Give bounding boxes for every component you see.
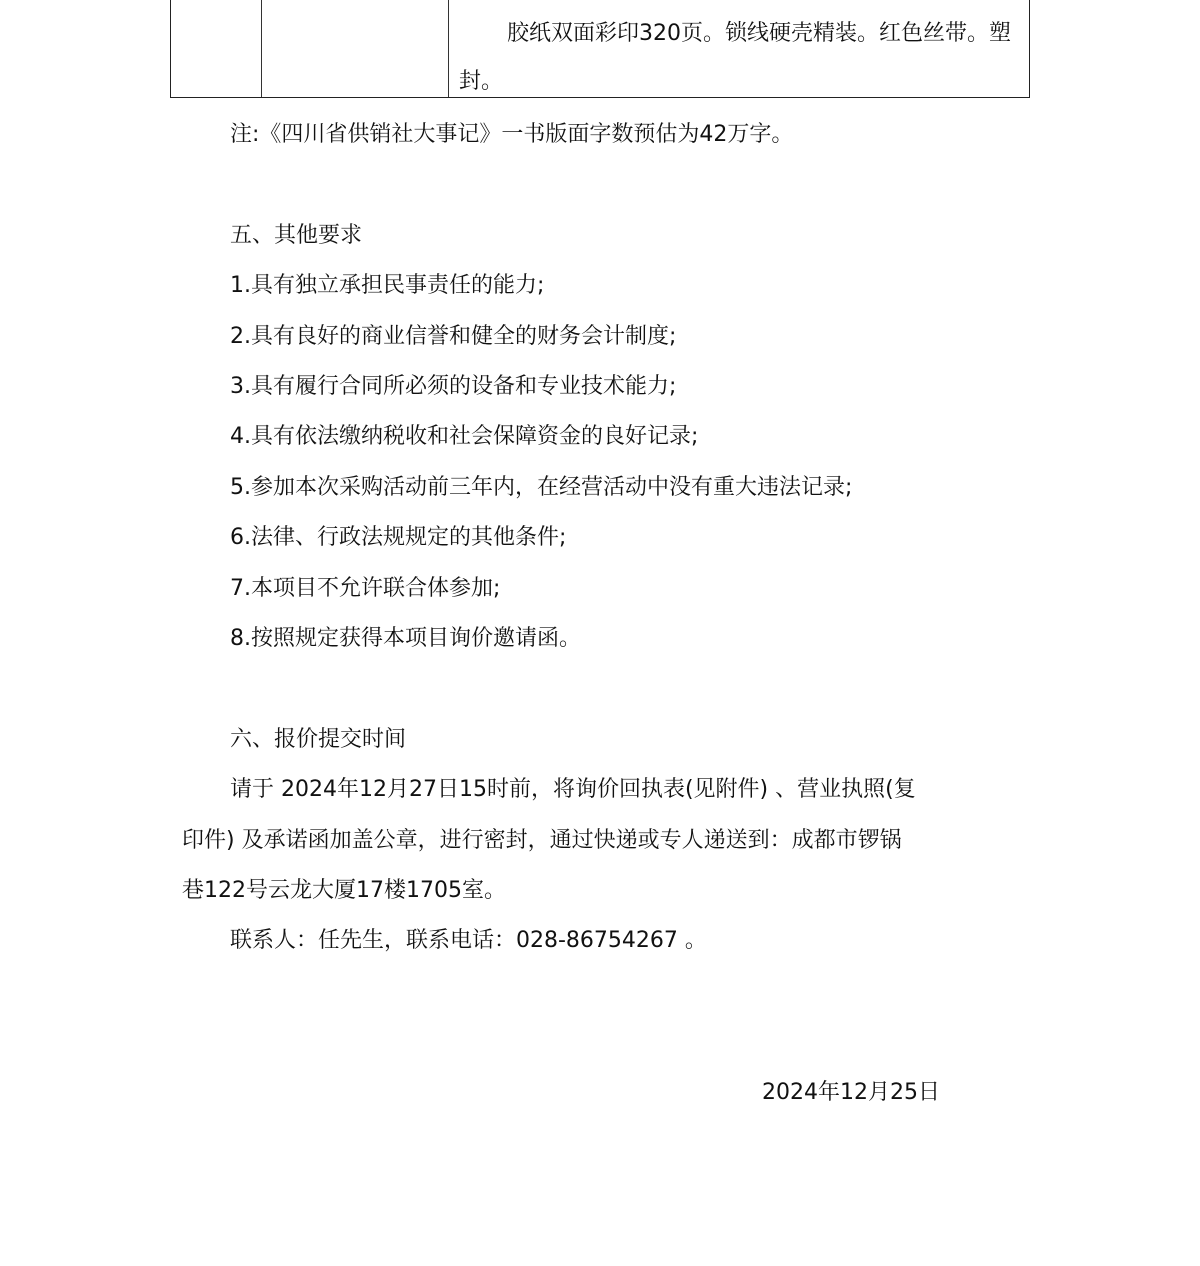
document-date: 2024年12月25日 xyxy=(762,1078,940,1108)
note-text: 注:《四川省供销社大事记》一书版面字数预估为42万字。 xyxy=(230,120,793,150)
submission-paragraph-line: 巷122号云龙大厦17楼1705室。 xyxy=(182,876,506,906)
requirement-item: 3.具有履行合同所必须的设备和专业技术能力; xyxy=(230,372,676,402)
requirement-item: 6.法律、行政法规规定的其他条件; xyxy=(230,523,566,553)
table-column-divider xyxy=(448,0,449,97)
requirement-item: 1.具有独立承担民事责任的能力; xyxy=(230,271,544,301)
requirement-item: 8.按照规定获得本项目询价邀请函。 xyxy=(230,624,581,654)
section5-heading: 五、其他要求 xyxy=(230,221,362,251)
table-column-divider xyxy=(261,0,262,97)
requirement-item: 7.本项目不允许联合体参加; xyxy=(230,574,500,604)
contact-info: 联系人：任先生，联系电话：028-86754267 。 xyxy=(230,926,707,956)
submission-paragraph-line: 印件) 及承诺函加盖公章，进行密封，通过快递或专人递送到：成都市锣锅 xyxy=(182,826,902,856)
section6-heading: 六、报价提交时间 xyxy=(230,725,406,755)
requirement-item: 4.具有依法缴纳税收和社会保障资金的良好记录; xyxy=(230,422,698,452)
requirement-item: 5.参加本次采购活动前三年内，在经营活动中没有重大违法记录; xyxy=(230,473,852,503)
requirement-item: 2.具有良好的商业信誉和健全的财务会计制度; xyxy=(230,322,676,352)
spec-table-last-row: 胶纸双面彩印320页。锁线硬壳精装。红色丝带。塑封。 xyxy=(170,0,1030,98)
document-page: 胶纸双面彩印320页。锁线硬壳精装。红色丝带。塑封。 注:《四川省供销社大事记》… xyxy=(0,0,1200,1266)
submission-paragraph-line: 请于 2024年12月27日15时前，将询价回执表(见附件) 、营业执照(复 xyxy=(230,775,916,805)
table-cell-spec: 胶纸双面彩印320页。锁线硬壳精装。红色丝带。塑封。 xyxy=(459,10,1014,106)
